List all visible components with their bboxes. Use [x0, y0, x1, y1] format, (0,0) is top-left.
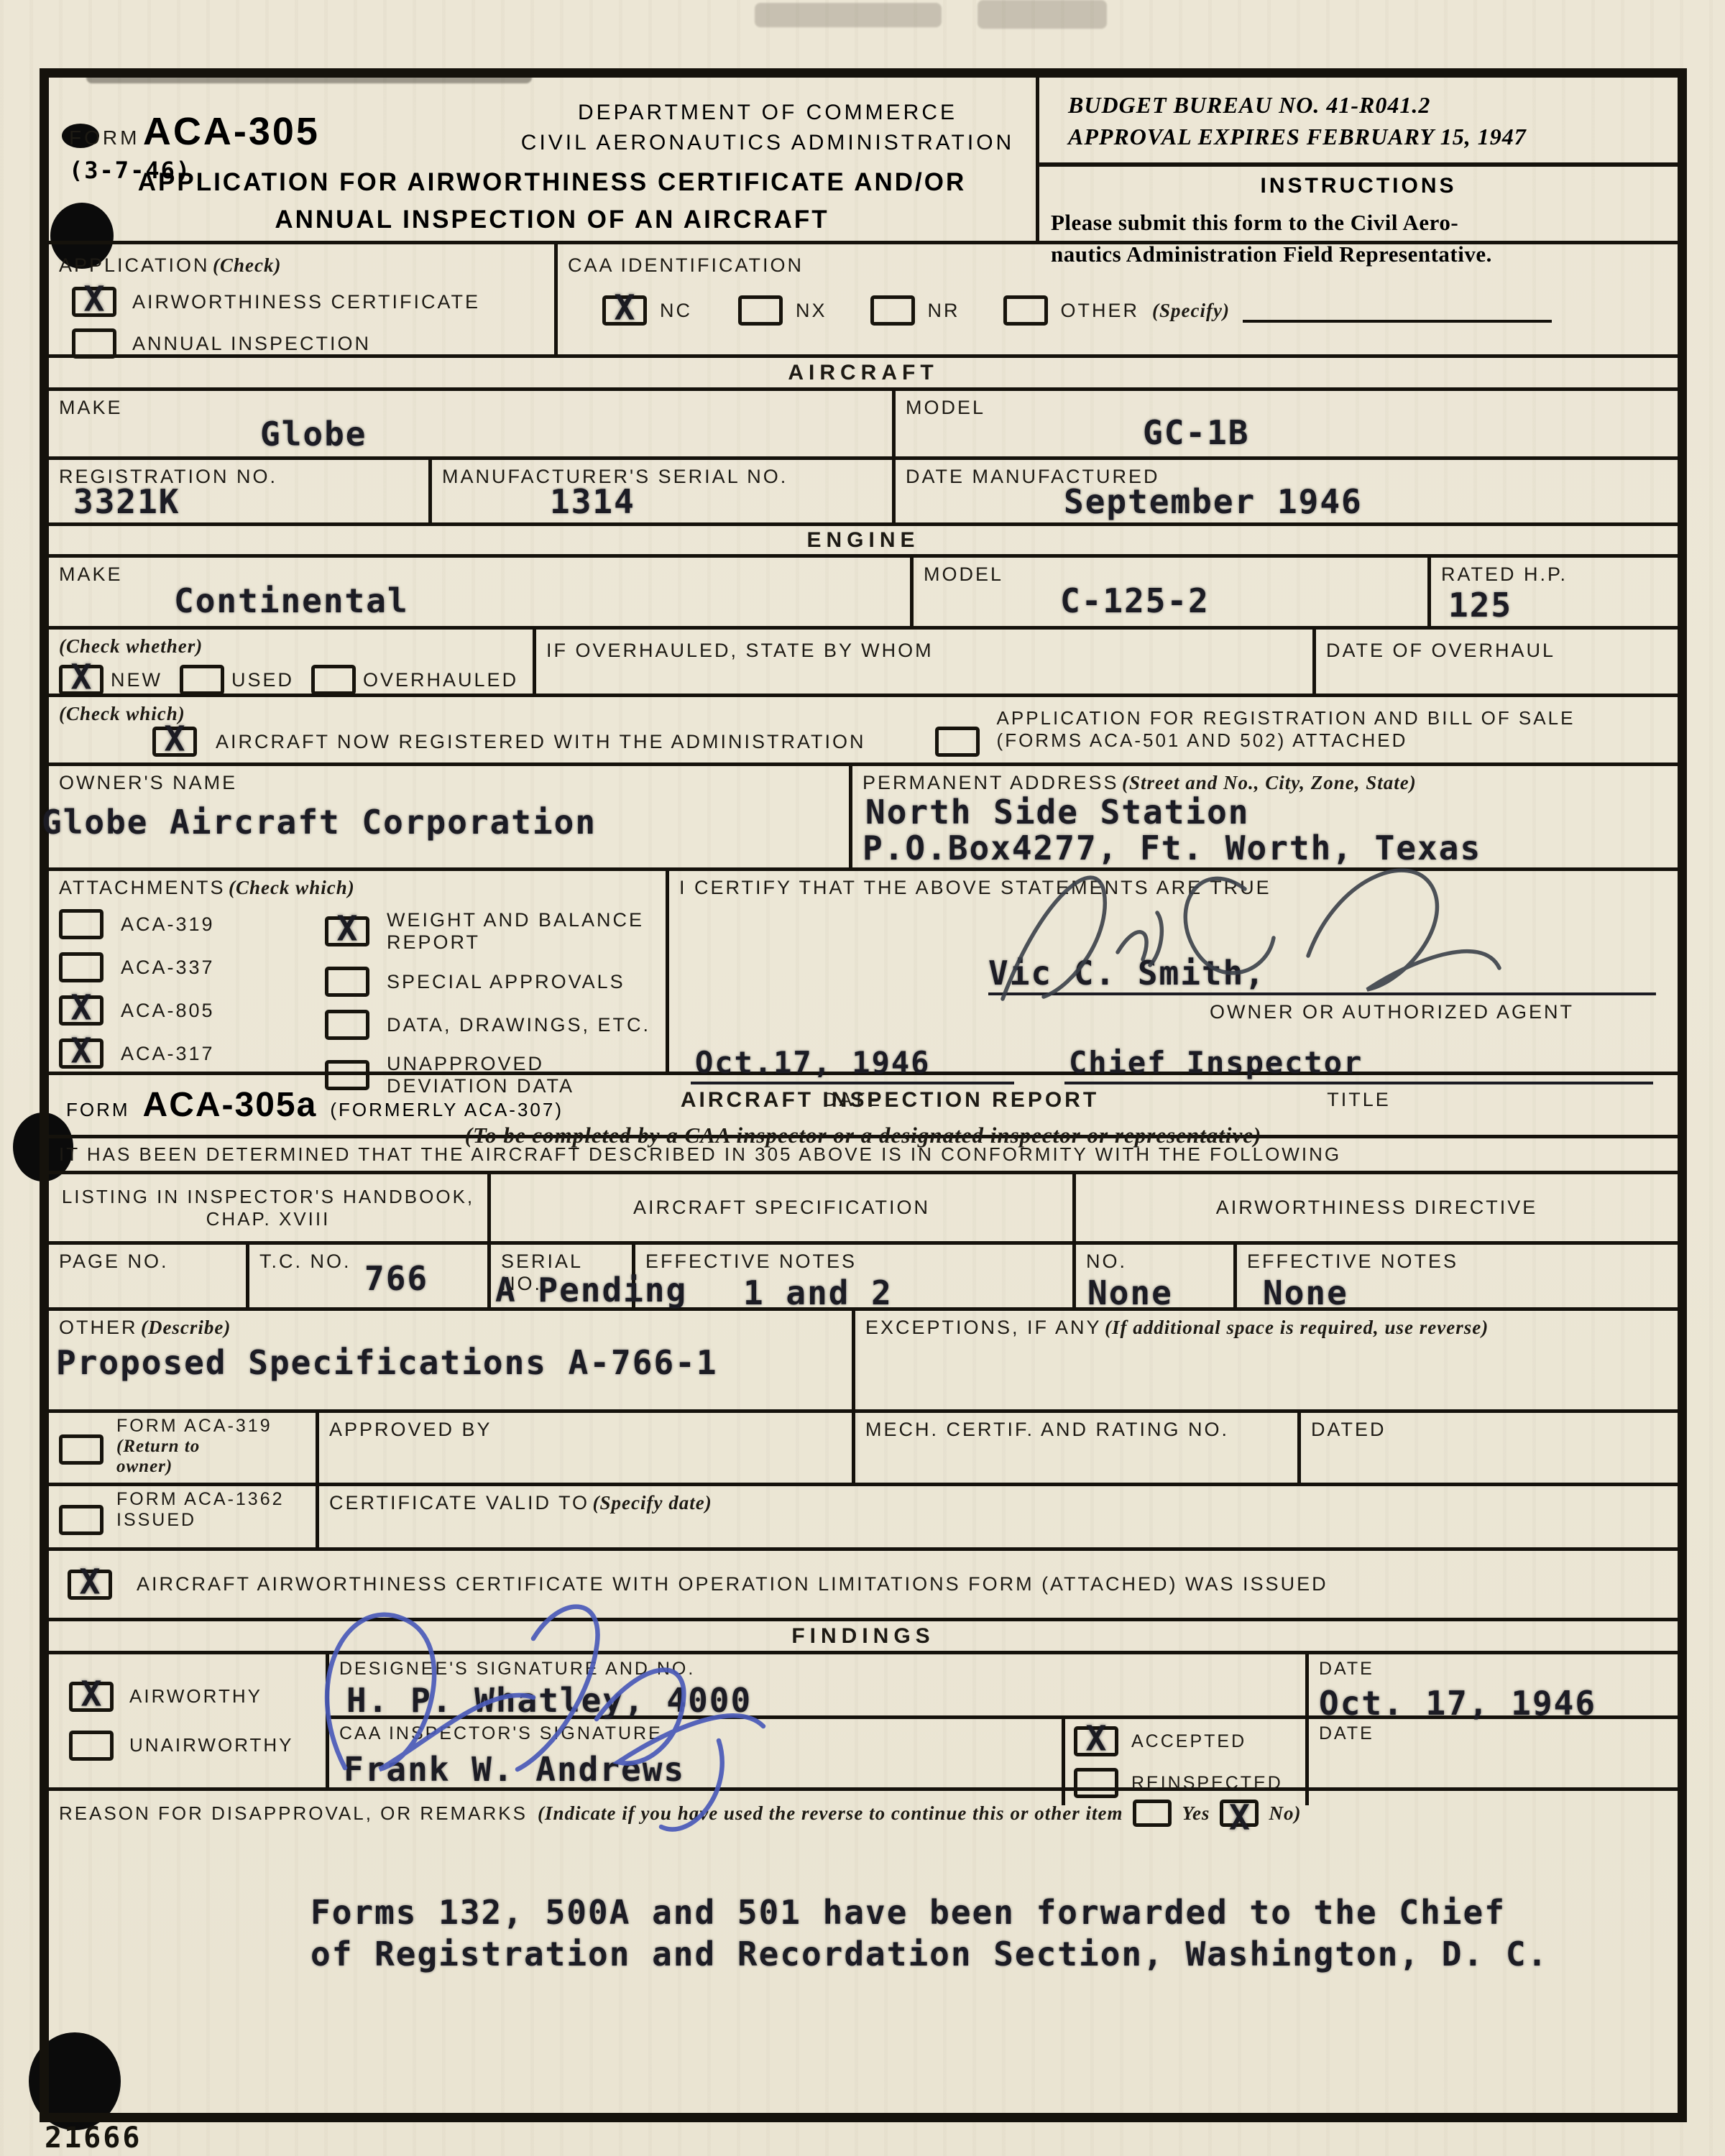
data-drawings-checkbox [325, 1010, 369, 1040]
registration-attached-checkbox [935, 727, 980, 757]
remarks-label-italic: (Indicate if you have used the reverse t… [538, 1802, 1123, 1825]
registration-cell: REGISTRATION NO. 3321K [49, 460, 432, 522]
designee-signature-label: DESIGNEE'S SIGNATURE AND NO. [339, 1659, 1295, 1680]
certificate-valid-to-italic: (Specify date) [593, 1492, 712, 1514]
caa-identification-section: CAA IDENTIFICATION NC NX NR OTHER (Speci… [558, 244, 1678, 354]
application-section: APPLICATION (Check) AIRWORTHINESS CERTIF… [49, 244, 558, 354]
owner-address-line1: North Side Station [865, 793, 1667, 831]
aircraft-make-cell: MAKE Globe [49, 391, 896, 456]
registration-status-row: (Check which) AIRCRAFT NOW REGISTERED WI… [49, 697, 1678, 766]
determination-row: IT HAS BEEN DETERMINED THAT THE AIRCRAFT… [49, 1138, 1678, 1174]
findings-date-label: DATE [1319, 1659, 1667, 1680]
dated-cell: DATED [1301, 1413, 1678, 1483]
form-1362-checkbox [59, 1505, 103, 1535]
effective-notes-label: EFFECTIVE NOTES [645, 1250, 1062, 1273]
caa-other-specify: (Specify) [1152, 300, 1230, 322]
airworthiness-directive-header-cell: AIRWORTHINESS DIRECTIVE [1076, 1174, 1678, 1241]
owner-address-line2: P.O.Box4277, Ft. Worth, Texas [862, 829, 1667, 867]
engine-hp-label: RATED H.P. [1441, 563, 1667, 586]
department-heading: DEPARTMENT OF COMMERCE CIVIL AERONAUTICS… [509, 98, 1026, 158]
engine-overhauled-label: OVERHAULED [363, 669, 518, 691]
mech-certif-cell: MECH. CERTIF. AND RATING NO. [855, 1413, 1301, 1483]
caa-nr-checkbox [870, 295, 915, 326]
certificate-valid-to-label: CERTIFICATE VALID TO [329, 1492, 589, 1514]
special-approvals-checkbox [325, 967, 369, 997]
attachments-label-italic: (Check which) [229, 877, 355, 898]
aca-319-label: ACA-319 [121, 913, 215, 936]
form-aca-305: FORM ACA-305 (3-7-46) DEPARTMENT OF COMM… [40, 68, 1687, 2122]
caa-other-blank-line [1243, 298, 1552, 323]
serial-cell: MANUFACTURER'S SERIAL NO. 1314 [432, 460, 896, 522]
aca-337-label: ACA-337 [121, 957, 215, 979]
weight-balance-label: WEIGHT AND BALANCE REPORT [387, 909, 655, 954]
findings-verdict-cell: AIRWORTHY UNAIRWORTHY [49, 1654, 329, 1787]
scanned-form-page: FORM ACA-305 (3-7-46) DEPARTMENT OF COMM… [0, 0, 1725, 2156]
form-319-line2: (Return to [116, 1437, 272, 1457]
form-title-line2: ANNUAL INSPECTION OF AN AIRCRAFT [106, 201, 998, 239]
exceptions-label: EXCEPTIONS, IF ANY [865, 1317, 1102, 1338]
exceptions-label-italic: (If additional space is required, use re… [1105, 1317, 1489, 1338]
unairworthy-checkbox [69, 1731, 114, 1761]
engine-new-label: NEW [111, 669, 162, 691]
aircraft-model-cell: MODEL GC-1B [896, 391, 1678, 456]
aca-319-checkbox [59, 909, 103, 939]
engine-condition-row: (Check whether) NEW USED OVERHAULED IF O… [49, 630, 1678, 697]
form-1362-line2: ISSUED [116, 1510, 285, 1531]
aircraft-make-value: Globe [260, 415, 882, 453]
airworthiness-directive-header: AIRWORTHINESS DIRECTIVE [1216, 1197, 1538, 1219]
remarks-no-label: No) [1269, 1802, 1301, 1825]
certification-cell: I CERTIFY THAT THE ABOVE STATEMENTS ARE … [669, 871, 1678, 1072]
annual-inspection-checkbox [72, 328, 116, 359]
aircraft-spec-header-cell: AIRCRAFT SPECIFICATION [491, 1174, 1076, 1241]
caa-nx-label: NX [796, 300, 827, 322]
page-no-cell: PAGE NO. [49, 1245, 249, 1307]
registration-attached-line2: (FORMS ACA-501 AND 502) ATTACHED [997, 729, 1575, 752]
approved-by-label: APPROVED BY [329, 1419, 842, 1441]
caa-other-checkbox [1003, 295, 1048, 326]
remarks-text-line1: Forms 132, 500A and 501 have been forwar… [310, 1892, 1667, 1933]
registered-label: AIRCRAFT NOW REGISTERED WITH THE ADMINIS… [216, 731, 866, 753]
findings-signatures: DESIGNEE'S SIGNATURE AND NO. H. P. Whatl… [329, 1654, 1678, 1787]
department-line1: DEPARTMENT OF COMMERCE [509, 98, 1026, 128]
owner-address-cell: PERMANENT ADDRESS (Street and No., City,… [852, 766, 1678, 867]
registered-checkbox [152, 727, 197, 757]
other-describe-cell: OTHER (Describe) Proposed Specifications… [49, 1311, 855, 1409]
registration-attached-line1: APPLICATION FOR REGISTRATION AND BILL OF… [997, 707, 1575, 729]
airworthiness-certificate-label: AIRWORTHINESS CERTIFICATE [132, 291, 480, 313]
findings-title: FINDINGS [791, 1624, 934, 1649]
certify-statement: I CERTIFY THAT THE ABOVE STATEMENTS ARE … [679, 877, 1667, 899]
form-label: FORM [69, 126, 139, 149]
directive-no-cell: NO. None [1076, 1245, 1237, 1307]
remarks-label: REASON FOR DISAPPROVAL, OR REMARKS [59, 1802, 528, 1825]
findings-band: FINDINGS [49, 1621, 1678, 1654]
directive-no-label: NO. [1086, 1250, 1223, 1273]
serial-value: 1314 [550, 482, 882, 521]
engine-hp-value: 125 [1448, 586, 1667, 625]
engine-make-value: Continental [174, 581, 900, 620]
scan-smudge [755, 3, 942, 27]
registration-value: 3321K [73, 482, 418, 521]
instructions-title: INSTRUCTIONS [1039, 174, 1678, 198]
directive-no-value: None [1087, 1273, 1173, 1312]
caa-nx-checkbox [738, 295, 783, 326]
form-319-checkbox [59, 1434, 103, 1465]
other-label: OTHER [59, 1317, 138, 1338]
designee-signature-cell: DESIGNEE'S SIGNATURE AND NO. H. P. Whatl… [329, 1654, 1309, 1715]
tc-no-value: 766 [364, 1259, 428, 1298]
aircraft-model-value: GC-1B [1143, 413, 1667, 452]
aircraft-registration-row: REGISTRATION NO. 3321K MANUFACTURER'S SE… [49, 460, 1678, 526]
form-title-line1: APPLICATION FOR AIRWORTHINESS CERTIFICAT… [106, 164, 998, 201]
remarks-no-checkbox [1220, 1800, 1259, 1827]
form-header-right: BUDGET BUREAU NO. 41-R041.2 APPROVAL EXP… [1039, 78, 1678, 241]
spec-serial-cell: SERIAL NO. A Pending [491, 1245, 635, 1307]
scan-smudge [977, 0, 1107, 29]
owner-address-label-italic: (Street and No., City, Zone, State) [1122, 772, 1417, 793]
exceptions-cell: EXCEPTIONS, IF ANY (If additional space … [855, 1311, 1678, 1409]
remarks-text-line2: of Registration and Recordation Section,… [310, 1933, 1667, 1975]
listing-header-line2: CHAP. XVIII [206, 1208, 331, 1230]
aca-805-label: ACA-805 [121, 1000, 215, 1022]
other-value: Proposed Specifications A-766-1 [56, 1343, 842, 1382]
budget-bureau-no: BUDGET BUREAU NO. 41-R041.2 [1068, 89, 1670, 121]
caa-inspector-signature-typed: Frank W. Andrews [344, 1750, 1052, 1789]
aircraft-spec-header: AIRCRAFT SPECIFICATION [633, 1197, 930, 1219]
owner-signature-role: OWNER OR AUTHORIZED AGENT [1210, 1001, 1574, 1023]
caa-nc-label: NC [660, 300, 692, 322]
engine-model-value: C-125-2 [1060, 581, 1417, 620]
certificate-issued-cell: AIRCRAFT AIRWORTHINESS CERTIFICATE WITH … [49, 1564, 1678, 1606]
department-line2: CIVIL AERONAUTICS ADMINISTRATION [509, 128, 1026, 158]
accepted-label: ACCEPTED [1131, 1731, 1246, 1752]
overhaul-date-cell: DATE OF OVERHAUL [1316, 630, 1678, 694]
engine-new-checkbox [59, 665, 103, 695]
certificate-issued-row: AIRCRAFT AIRWORTHINESS CERTIFICATE WITH … [49, 1551, 1678, 1621]
engine-hp-cell: RATED H.P. 125 [1431, 558, 1678, 626]
determination-statement: IT HAS BEEN DETERMINED THAT THE AIRCRAFT… [59, 1143, 1341, 1165]
effective-notes-value: 1 and 2 [743, 1273, 893, 1312]
owner-name-cell: OWNER'S NAME Globe Aircraft Corporation [49, 766, 852, 867]
inspection-report-header-cell: FORM ACA-305a (FORMERLY ACA-307) AIRCRAF… [49, 1075, 1678, 1135]
data-drawings-label: DATA, DRAWINGS, ETC. [387, 1014, 650, 1036]
form-header-row: FORM ACA-305 (3-7-46) DEPARTMENT OF COMM… [49, 78, 1678, 244]
owner-name-label: OWNER'S NAME [59, 772, 839, 794]
page-no-label: PAGE NO. [59, 1250, 236, 1273]
weight-balance-checkbox [325, 916, 369, 946]
owner-name-value: Globe Aircraft Corporation [42, 803, 839, 842]
directive-notes-cell: EFFECTIVE NOTES None [1237, 1245, 1678, 1307]
form-header-left: FORM ACA-305 (3-7-46) DEPARTMENT OF COMM… [49, 78, 1039, 241]
form-319-check-cell: FORM ACA-319 (Return to owner) [49, 1413, 319, 1483]
spec-values-row: PAGE NO. T.C. NO. 766 SERIAL NO. A Pendi… [49, 1245, 1678, 1311]
mech-certif-label: MECH. CERTIF. AND RATING NO. [865, 1419, 1287, 1441]
certificate-valid-to-cell: CERTIFICATE VALID TO (Specify date) [319, 1486, 1678, 1547]
form-1362-row: FORM ACA-1362 ISSUED CERTIFICATE VALID T… [49, 1486, 1678, 1551]
effective-notes-cell: EFFECTIVE NOTES 1 and 2 [635, 1245, 1076, 1307]
application-row: APPLICATION (Check) AIRWORTHINESS CERTIF… [49, 244, 1678, 358]
application-label: APPLICATION [59, 254, 210, 276]
application-label-italic: (Check) [213, 254, 281, 276]
budget-bureau-box: BUDGET BUREAU NO. 41-R041.2 APPROVAL EXP… [1039, 78, 1678, 167]
form-1362-line1: FORM ACA-1362 [116, 1489, 285, 1510]
inspection-report-title: AIRCRAFT INSPECTION REPORT [494, 1088, 1285, 1112]
form-title: APPLICATION FOR AIRWORTHINESS CERTIFICAT… [106, 164, 998, 239]
approval-expires: APPROVAL EXPIRES FEBRUARY 15, 1947 [1068, 121, 1670, 152]
certificate-issued-checkbox [68, 1570, 112, 1600]
airworthy-label: AIRWORTHY [129, 1685, 262, 1708]
spec-header-row: LISTING IN INSPECTOR'S HANDBOOK, CHAP. X… [49, 1174, 1678, 1245]
date-manufactured-cell: DATE MANUFACTURED September 1946 [896, 460, 1678, 522]
certificate-issued-label: AIRCRAFT AIRWORTHINESS CERTIFICATE WITH … [137, 1573, 1328, 1595]
engine-model-cell: MODEL C-125-2 [914, 558, 1431, 626]
engine-section-band: ENGINE [49, 526, 1678, 558]
form-number: ACA-305 [143, 110, 320, 153]
aircraft-section-title: AIRCRAFT [788, 361, 938, 385]
owner-signature-typed: Vic C. Smith, [988, 954, 1266, 992]
tc-no-label: T.C. NO. [259, 1250, 351, 1273]
owner-row: OWNER'S NAME Globe Aircraft Corporation … [49, 766, 1678, 871]
caa-other-label: OTHER [1061, 300, 1140, 322]
approved-by-cell: APPROVED BY [319, 1413, 855, 1483]
findings-row: AIRWORTHY UNAIRWORTHY DESIGNEE'S SIGNATU… [49, 1654, 1678, 1791]
directive-notes-value: None [1263, 1273, 1348, 1312]
date-manufactured-value: September 1946 [1064, 482, 1667, 521]
accepted-checkbox [1074, 1726, 1118, 1756]
spec-serial-value: A Pending [495, 1271, 687, 1309]
form-319-line3: owner) [116, 1457, 272, 1477]
caa-nc-checkbox [602, 295, 647, 326]
designee-signature-typed: H. P. Whatley, 4000 [346, 1681, 1295, 1720]
engine-make-model-row: MAKE Continental MODEL C-125-2 RATED H.P… [49, 558, 1678, 630]
dated-label: DATED [1311, 1419, 1667, 1441]
document-serial-number: 21666 [45, 2122, 142, 2155]
attachments-label: ATTACHMENTS [59, 877, 226, 898]
directive-notes-label: EFFECTIVE NOTES [1247, 1250, 1667, 1273]
aca-317-label: ACA-317 [121, 1043, 215, 1065]
other-exceptions-row: OTHER (Describe) Proposed Specifications… [49, 1311, 1678, 1413]
form-319-line1: FORM ACA-319 [116, 1416, 272, 1437]
engine-used-label: USED [231, 669, 294, 691]
overhaul-date-label: DATE OF OVERHAUL [1326, 640, 1667, 662]
form305a-label: FORM [66, 1099, 130, 1121]
unairworthy-label: UNAIRWORTHY [129, 1734, 294, 1756]
check-whether-label: (Check whether) [59, 635, 523, 658]
form-319-row: FORM ACA-319 (Return to owner) APPROVED … [49, 1413, 1678, 1486]
overhauled-by-cell: IF OVERHAULED, STATE BY WHOM [536, 630, 1316, 694]
findings-date-value: Oct. 17, 1946 [1319, 1684, 1667, 1723]
remarks-yes-label: Yes [1182, 1802, 1210, 1825]
listing-header-line1: LISTING IN INSPECTOR'S HANDBOOK, [62, 1186, 474, 1208]
findings-date-cell: DATE Oct. 17, 1946 [1309, 1654, 1678, 1715]
remarks-region: REASON FOR DISAPPROVAL, OR REMARKS (Indi… [49, 1791, 1678, 2113]
aca-337-checkbox [59, 952, 103, 982]
caa-inspector-signature-label: CAA INSPECTOR'S SIGNATURE [339, 1723, 1052, 1744]
engine-condition-cell: (Check whether) NEW USED OVERHAULED [49, 630, 536, 694]
airworthy-checkbox [69, 1682, 114, 1712]
inspection-report-header: FORM ACA-305a (FORMERLY ACA-307) AIRCRAF… [49, 1075, 1678, 1138]
remarks-cell: REASON FOR DISAPPROVAL, OR REMARKS (Indi… [49, 1791, 1678, 2113]
registration-status-cell: (Check which) AIRCRAFT NOW REGISTERED WI… [49, 697, 1678, 763]
other-label-italic: (Describe) [141, 1317, 231, 1338]
aircraft-section-band: AIRCRAFT [49, 358, 1678, 391]
aca-805-checkbox [59, 995, 103, 1026]
caa-identification-label: CAA IDENTIFICATION [568, 254, 1667, 277]
form305a-number: ACA-305a [143, 1085, 318, 1125]
engine-used-checkbox [180, 665, 224, 695]
engine-overhauled-checkbox [311, 665, 356, 695]
listing-header-cell: LISTING IN INSPECTOR'S HANDBOOK, CHAP. X… [49, 1174, 491, 1241]
attachments-certification-row: ATTACHMENTS (Check which) ACA-319 ACA-33… [49, 871, 1678, 1075]
annual-inspection-label: ANNUAL INSPECTION [132, 333, 371, 355]
airworthiness-certificate-checkbox [72, 287, 116, 317]
tc-no-cell: T.C. NO. 766 [249, 1245, 491, 1307]
form-1362-check-cell: FORM ACA-1362 ISSUED [49, 1486, 319, 1547]
aca-317-checkbox [59, 1038, 103, 1069]
engine-section-title: ENGINE [806, 528, 919, 553]
attachments-cell: ATTACHMENTS (Check which) ACA-319 ACA-33… [49, 871, 669, 1072]
form-id: FORM ACA-305 [69, 109, 320, 154]
findings-date2-label: DATE [1319, 1723, 1667, 1744]
special-approvals-label: SPECIAL APPROVALS [387, 971, 625, 993]
aircraft-make-model-row: MAKE Globe MODEL GC-1B [49, 391, 1678, 460]
overhauled-by-label: IF OVERHAULED, STATE BY WHOM [546, 640, 1302, 662]
caa-nr-label: NR [928, 300, 960, 322]
owner-address-label: PERMANENT ADDRESS [862, 772, 1119, 793]
remarks-yes-checkbox [1133, 1800, 1172, 1827]
instructions-line1: Please submit this form to the Civil Aer… [1051, 207, 1672, 239]
engine-make-cell: MAKE Continental [49, 558, 914, 626]
